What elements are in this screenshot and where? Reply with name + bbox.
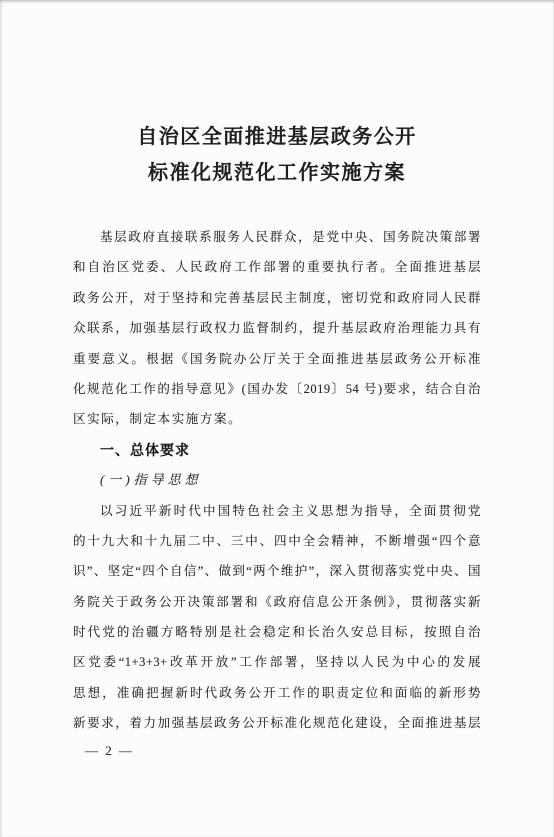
body-line: 区实际，制定本实施方案。 — [73, 404, 481, 434]
body-line: 重要意义。根据《国务院办公厅关于全面推进基层政务公开标准 — [73, 344, 481, 374]
document-title: 自治区全面推进基层政务公开 标准化规范化工作实施方案 — [73, 119, 481, 191]
body-line: 区党委“1+3+3+改革开放”工作部署，坚持以人民为中心的发展 — [73, 647, 481, 677]
body-line: 以习近平新时代中国特色社会主义思想为指导，全面贯彻党 — [73, 496, 481, 526]
body-line: 化规范化工作的指导意见》(国办发〔2019〕54 号)要求，结合自治 — [73, 374, 481, 404]
document-page: 自治区全面推进基层政务公开 标准化规范化工作实施方案 基层政府直接联系服务人民群… — [0, 0, 554, 837]
body-line: 识”、坚定“四个自信”、做到“两个维护”，深入贯彻落实党中央、国 — [73, 556, 481, 586]
document-body: 基层政府直接联系服务人民群众，是党中央、国务院决策部署和自治区党委、人民政府工作… — [73, 222, 481, 759]
page-number: — 2 — — [73, 739, 481, 759]
sub-section-heading: (一)指导思想 — [73, 465, 481, 495]
body-line: 政务公开，对于坚持和完善基层民主制度，密切党和政府同人民群 — [73, 283, 481, 313]
body-line: 务院关于政务公开决策部署和《政府信息公开条例》，贯彻落实新 — [73, 587, 481, 617]
section-heading: 一、总体要求 — [73, 435, 481, 465]
body-line: 时代党的治疆方略特别是社会稳定和长治久安总目标，按照自治 — [73, 617, 481, 647]
document-title-line-2: 标准化规范化工作实施方案 — [73, 155, 481, 191]
body-line: 的十九大和十九届二中、三中、四中全会精神，不断增强“四个意 — [73, 526, 481, 556]
body-line: 新要求，着力加强基层政务公开标准化规范化建设，全面推进基层 — [73, 708, 481, 738]
body-line: 思想，准确把握新时代政务公开工作的职责定位和面临的新形势 — [73, 678, 481, 708]
body-line: 基层政府直接联系服务人民群众，是党中央、国务院决策部署 — [73, 222, 481, 252]
body-line: 和自治区党委、人民政府工作部署的重要执行者。全面推进基层 — [73, 252, 481, 282]
paragraph: 基层政府直接联系服务人民群众，是党中央、国务院决策部署和自治区党委、人民政府工作… — [73, 222, 481, 435]
body-line: 众联系，加强基层行政权力监督制约，提升基层政府治理能力具有 — [73, 313, 481, 343]
document-title-line-1: 自治区全面推进基层政务公开 — [73, 119, 481, 155]
paragraph: 以习近平新时代中国特色社会主义思想为指导，全面贯彻党的十九大和十九届二中、三中、… — [73, 496, 481, 739]
